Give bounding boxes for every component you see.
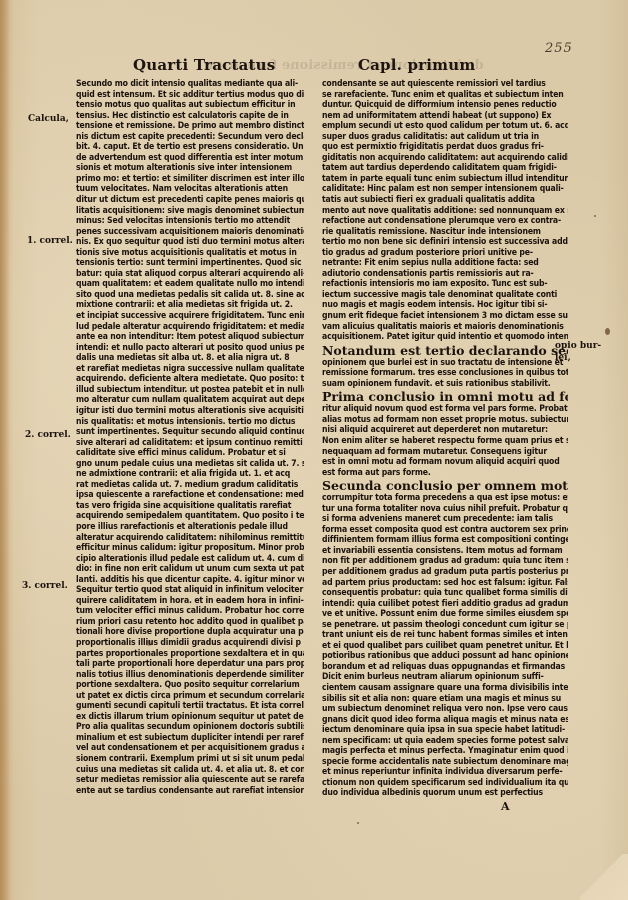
text-line: condensante se aut quiescente remissiori… [322, 79, 568, 90]
text-line: gnum erit fideque faciet intensionem 3 m… [322, 311, 568, 322]
text-line: tatem in parte equali tunc enim subiectu… [322, 174, 568, 185]
text-line: iectum successive magis tale denominat q… [322, 290, 568, 301]
text-line: mento aut nove qualitatis additione: sed… [322, 206, 568, 217]
text-line: nis. Ex quo sequitur quod isti duo termi… [76, 237, 304, 248]
text-line: gumenti secundi capituli tertii tractatu… [76, 701, 304, 712]
text-line: ad partem prius productam: sed hoc est f… [322, 578, 568, 589]
text-line: nalis totius illius denominationis deper… [76, 670, 304, 681]
text-line: quirere caliditatem in hora. et in eadem… [76, 596, 304, 607]
text-line: sunt impertinentes. Sequitur secundo ali… [76, 427, 304, 438]
text-line: tali parte proportionali hore deperdatur… [76, 659, 304, 670]
text-line: penes successivam acquisitionem maioris … [76, 227, 304, 238]
text-line: ditur ut dictum est precedenti capite pe… [76, 195, 304, 206]
text-line: sito quod una medietas pedalis sit calid… [76, 290, 304, 301]
text-line: per additionem gradus ad gradum puta par… [322, 567, 568, 578]
text-line: et ei quod qualibet pars cuilibet quam p… [322, 641, 568, 652]
text-line: lud pedale alteratur acquirendo frigidit… [76, 322, 304, 333]
signature-mark: A [501, 800, 510, 813]
text-line: forma esset composita quod est contra au… [322, 525, 568, 536]
text-line: gno unum pedale cuius una medietas sit c… [76, 459, 304, 470]
text-line: ritur aliquid novum quod est forma vel p… [322, 404, 568, 415]
text-line: et invariabili essentia consistens. Item… [322, 546, 568, 557]
text-line: sionis et motum alterationis sive inter … [76, 163, 304, 174]
text-line: acquirendo semipedalem quantitatem. Quo … [76, 511, 304, 522]
text-line: trant uniunt eis de rei tunc habent form… [322, 630, 568, 641]
text-line: se penetrare. ut passim theologi concedu… [322, 620, 568, 631]
text-line: nisi aliquid acquireret aut deperderet n… [322, 425, 568, 436]
text-line: tuum velocitates. Nam velocitas alterati… [76, 184, 304, 195]
text-line: igitur isti duo termini motus alteration… [76, 406, 304, 417]
text-line: tionis sive motus acquisitionis qualitat… [76, 248, 304, 259]
text-line: minalium et est subiectum dupliciter int… [76, 733, 304, 744]
text-line: rium priori casu retento hoc addito quod… [76, 617, 304, 628]
text-line: tensione et remissione. De primo aut mem… [76, 121, 304, 132]
text-line: alias motus ad formam non esset proprie … [322, 415, 568, 426]
text-line: portione sexdaltera. Quo posito sequitur… [76, 680, 304, 691]
text-line: tas vero frigida sine acquisitione quali… [76, 501, 304, 512]
section-heading-line: Secunda conclusio per omnem motum ad for… [322, 478, 568, 493]
text-line: minus: Sed velocitas intensionis tertio … [76, 216, 304, 227]
section-heading-line: Prima conclusio in omni motu ad formam a… [322, 389, 568, 404]
margin-note-correlarium-2: 2. correl. [25, 430, 71, 440]
page-edge-stain [0, 0, 10, 900]
text-line: acquirendo. deficiente altera medietate.… [76, 374, 304, 385]
text-line: nem ad uniformitatem attendi habeat (ut … [322, 111, 568, 122]
text-line: Dicit enim burleus neutram aliarum opini… [322, 672, 568, 683]
text-line: rat medietas calida ut. 7. medium gradum… [76, 480, 304, 491]
text-line: super duos gradus caliditatis: aut calid… [322, 132, 568, 143]
text-line: netrante: Fit enim sepius nulla addition… [322, 258, 568, 269]
text-line: adiutorio condensationis partis remissio… [322, 269, 568, 280]
text-line: dio: in fine non erit calidum ut unum cu… [76, 564, 304, 575]
text-line: ipsa quiescente a rarefactione et conden… [76, 490, 304, 501]
margin-note-calcula: Calcula, [28, 114, 69, 124]
text-line: ve et unitive. Possunt enim due forme si… [322, 609, 568, 620]
text-line: quo est permixtio frigiditatis perdat du… [322, 142, 568, 153]
text-line: nis qualitatis: et motus intensionis. te… [76, 417, 304, 428]
text-line: setur medietas remissior alia quiescente… [76, 775, 304, 786]
text-line: consequentis probatur: quia tunc qualibe… [322, 588, 568, 599]
text-line: tensius. Hec distinctio est calculatoris… [76, 111, 304, 122]
text-line: et incipiat successive acquirere frigidi… [76, 311, 304, 322]
text-line: ante ea non intenditur: Item potest aliq… [76, 332, 304, 343]
text-line: caliditate sive effici minus calidum. Pr… [76, 448, 304, 459]
text-line: tum velociter effici minus calidum. Prob… [76, 606, 304, 617]
text-line: duo individua albedinis quorum unum est … [322, 788, 568, 799]
text-line: mo alteratur cum nullam qualitatem acqui… [76, 395, 304, 406]
text-line: opinionem que burlei est in suo tractatu… [322, 358, 568, 369]
text-line: sive alterari ad caliditatem: et ipsum c… [76, 438, 304, 449]
text-line: lanti. additis his que dicentur capite. … [76, 575, 304, 586]
text-line: caliditate: Hinc palam est non semper in… [322, 184, 568, 195]
text-line: nuo magis et magis eodem intensis. Hoc i… [322, 300, 568, 311]
left-text-column: Secundo mo dicit intensio qualitas media… [76, 79, 304, 796]
text-line: proportionalis illius dimidii gradus acq… [76, 638, 304, 649]
text-line: illud subiectum intenditur. ut postea pa… [76, 385, 304, 396]
text-line: partes proportionales proportione sexdal… [76, 649, 304, 660]
text-line: sibilis sit et alia non: quare etiam una… [322, 694, 568, 705]
text-line: tatis aut subiecti fieri ex graduali qua… [322, 195, 568, 206]
text-line: gnans dicit quod ideo forma aliqua magis… [322, 715, 568, 726]
text-line: est forma aut pars forme. [322, 468, 568, 479]
text-line: emplum secundi ut esto quod calidum per … [322, 121, 568, 132]
right-text-column: condensante se aut quiescente remissiori… [322, 79, 568, 799]
ink-speck [594, 215, 596, 217]
text-line: et minus reperiuntur infinita individua … [322, 767, 568, 778]
text-line: tatem aut tardius deperdendo caliditatem… [322, 163, 568, 174]
text-line: magis perfecta et minus perfecta. Ymagin… [322, 746, 568, 757]
text-line: cuius una medietas sit calida ut. 4. et … [76, 765, 304, 776]
section-heading-line: Notandum est tertio declarando secundam [322, 343, 568, 358]
text-line: tur una forma totaliter nova cuius nihil… [322, 504, 568, 515]
text-line: Secundo mo dicit intensio qualitas media… [76, 79, 304, 90]
text-line: acquisitionem. Patet igitur quid intenti… [322, 332, 568, 343]
text-line: primo mo: et tertio: et similiter discri… [76, 174, 304, 185]
text-line: nem specificam: ut quia eadem species fo… [322, 736, 568, 747]
text-line: nis dictum est capite precedenti: Secund… [76, 132, 304, 143]
manuscript-page: 255 Quarti Tractatus de intensione et re… [0, 0, 628, 900]
text-line: tensio motus quo qualitas aut subiectum … [76, 100, 304, 111]
text-line: est in omni motu ad formam novum aliquid… [322, 457, 568, 468]
text-line: nequaquam ad formam mutaretur. Consequen… [322, 447, 568, 458]
text-line: diffinientem formam illius forma est com… [322, 535, 568, 546]
text-line: rie qualitatis remissione. Nascitur inde… [322, 227, 568, 238]
text-line: suam opinionem fundavit. et suis rationi… [322, 379, 568, 390]
text-line: remissione formarum. tres esse conclusio… [322, 368, 568, 379]
text-line: si forma adveniens maneret cum precedent… [322, 514, 568, 525]
text-line: se rarefaciente. Tunc enim et qualitas e… [322, 90, 568, 101]
ink-speck [357, 822, 359, 824]
text-line: ut patet ex dictis circa primum et secun… [76, 691, 304, 702]
text-line: refactionis intensioris mo iam exposito.… [322, 279, 568, 290]
text-line: pore illius rarefactionis et alterationi… [76, 522, 304, 533]
text-line: specie forme accidentalis nate subiectum… [322, 757, 568, 768]
text-line: iectum denominare quia ipsa in sua speci… [322, 725, 568, 736]
text-line: vam alicuius qualitatis maioris et maior… [322, 322, 568, 333]
text-line: alteratur acquirendo caliditatem: nihilo… [76, 533, 304, 544]
text-line: ente aut se tardius condensante aut rare… [76, 786, 304, 797]
text-line: corrumpitur tota forma precedens a qua e… [322, 493, 568, 504]
text-line: tionali hore divise proportione dupla ac… [76, 627, 304, 638]
text-line: sionem contrarii. Exemplum primi ut si s… [76, 754, 304, 765]
ink-blot [605, 328, 610, 335]
text-line: borandum et ad reliquas duas oppugnandas… [322, 662, 568, 673]
text-line: Non enim aliter se haberet respectu form… [322, 436, 568, 447]
text-line: mixtione contrarii: et alia medietas sit… [76, 300, 304, 311]
text-line: litatis acquisitionem: sive magis denomi… [76, 206, 304, 217]
text-line: ne admixtione contrarii: et alia frigida… [76, 469, 304, 480]
text-line: potioribus rationibus que adduci possunt… [322, 651, 568, 662]
text-line: ex dictis illarum trium opinionum sequit… [76, 712, 304, 723]
text-line: batur: quia stat aliquod corpus alterari… [76, 269, 304, 280]
text-line: tertio mo non bene sic definiri intensio… [322, 237, 568, 248]
text-line: non fit per additionem gradus ad gradum:… [322, 556, 568, 567]
text-line: intendi: et nullo pacto alterari ut posi… [76, 343, 304, 354]
text-line: efficitur minus calidum: igitur proposit… [76, 543, 304, 554]
text-line: dalis una medietas sit alba ut. 8. et al… [76, 353, 304, 364]
text-line: um subiectum denominet reliqua vero non.… [322, 704, 568, 715]
text-line: tio gradus ad gradum posteriore priori u… [322, 248, 568, 259]
text-line: et rarefiat medietas nigra successive nu… [76, 364, 304, 375]
text-line: intendi: quia cuilibet potest fieri addi… [322, 599, 568, 610]
text-line: duntur. Quicquid de difformium intensio … [322, 100, 568, 111]
text-line: vel aut condensationem et per acquisitio… [76, 743, 304, 754]
corner-fold [580, 854, 628, 900]
text-line: bit. 4. caput. Et de tertio est presens … [76, 142, 304, 153]
text-line: Pro alia qualitas secundum opinionem doc… [76, 722, 304, 733]
text-line: de advertendum est quod differentia est … [76, 153, 304, 164]
margin-note-correlarium-3: 3. correl. [22, 581, 68, 591]
margin-note-correlarium-1: 1. correl. [27, 236, 73, 246]
text-line: giditatis non acquirendo caliditatem: au… [322, 153, 568, 164]
text-line: Sequitur tertio quod stat aliquid in inf… [76, 585, 304, 596]
text-line: cipio alterationis illud pedale est cali… [76, 554, 304, 565]
text-line: tensionis tertio: sunt termini impertine… [76, 258, 304, 269]
running-head-right: Capl. primum [358, 56, 475, 74]
text-line: cientem causam assignare quare una forma… [322, 683, 568, 694]
text-line: quam qualitatem: et eadem qualitate null… [76, 279, 304, 290]
folio-number: 255 [545, 41, 573, 56]
text-line: quid est intensum. Et sic additur tertiu… [76, 90, 304, 101]
text-line: refactione aut condensatione plerumque v… [322, 216, 568, 227]
text-line: ctionum non quidem specificarum sed indi… [322, 778, 568, 789]
